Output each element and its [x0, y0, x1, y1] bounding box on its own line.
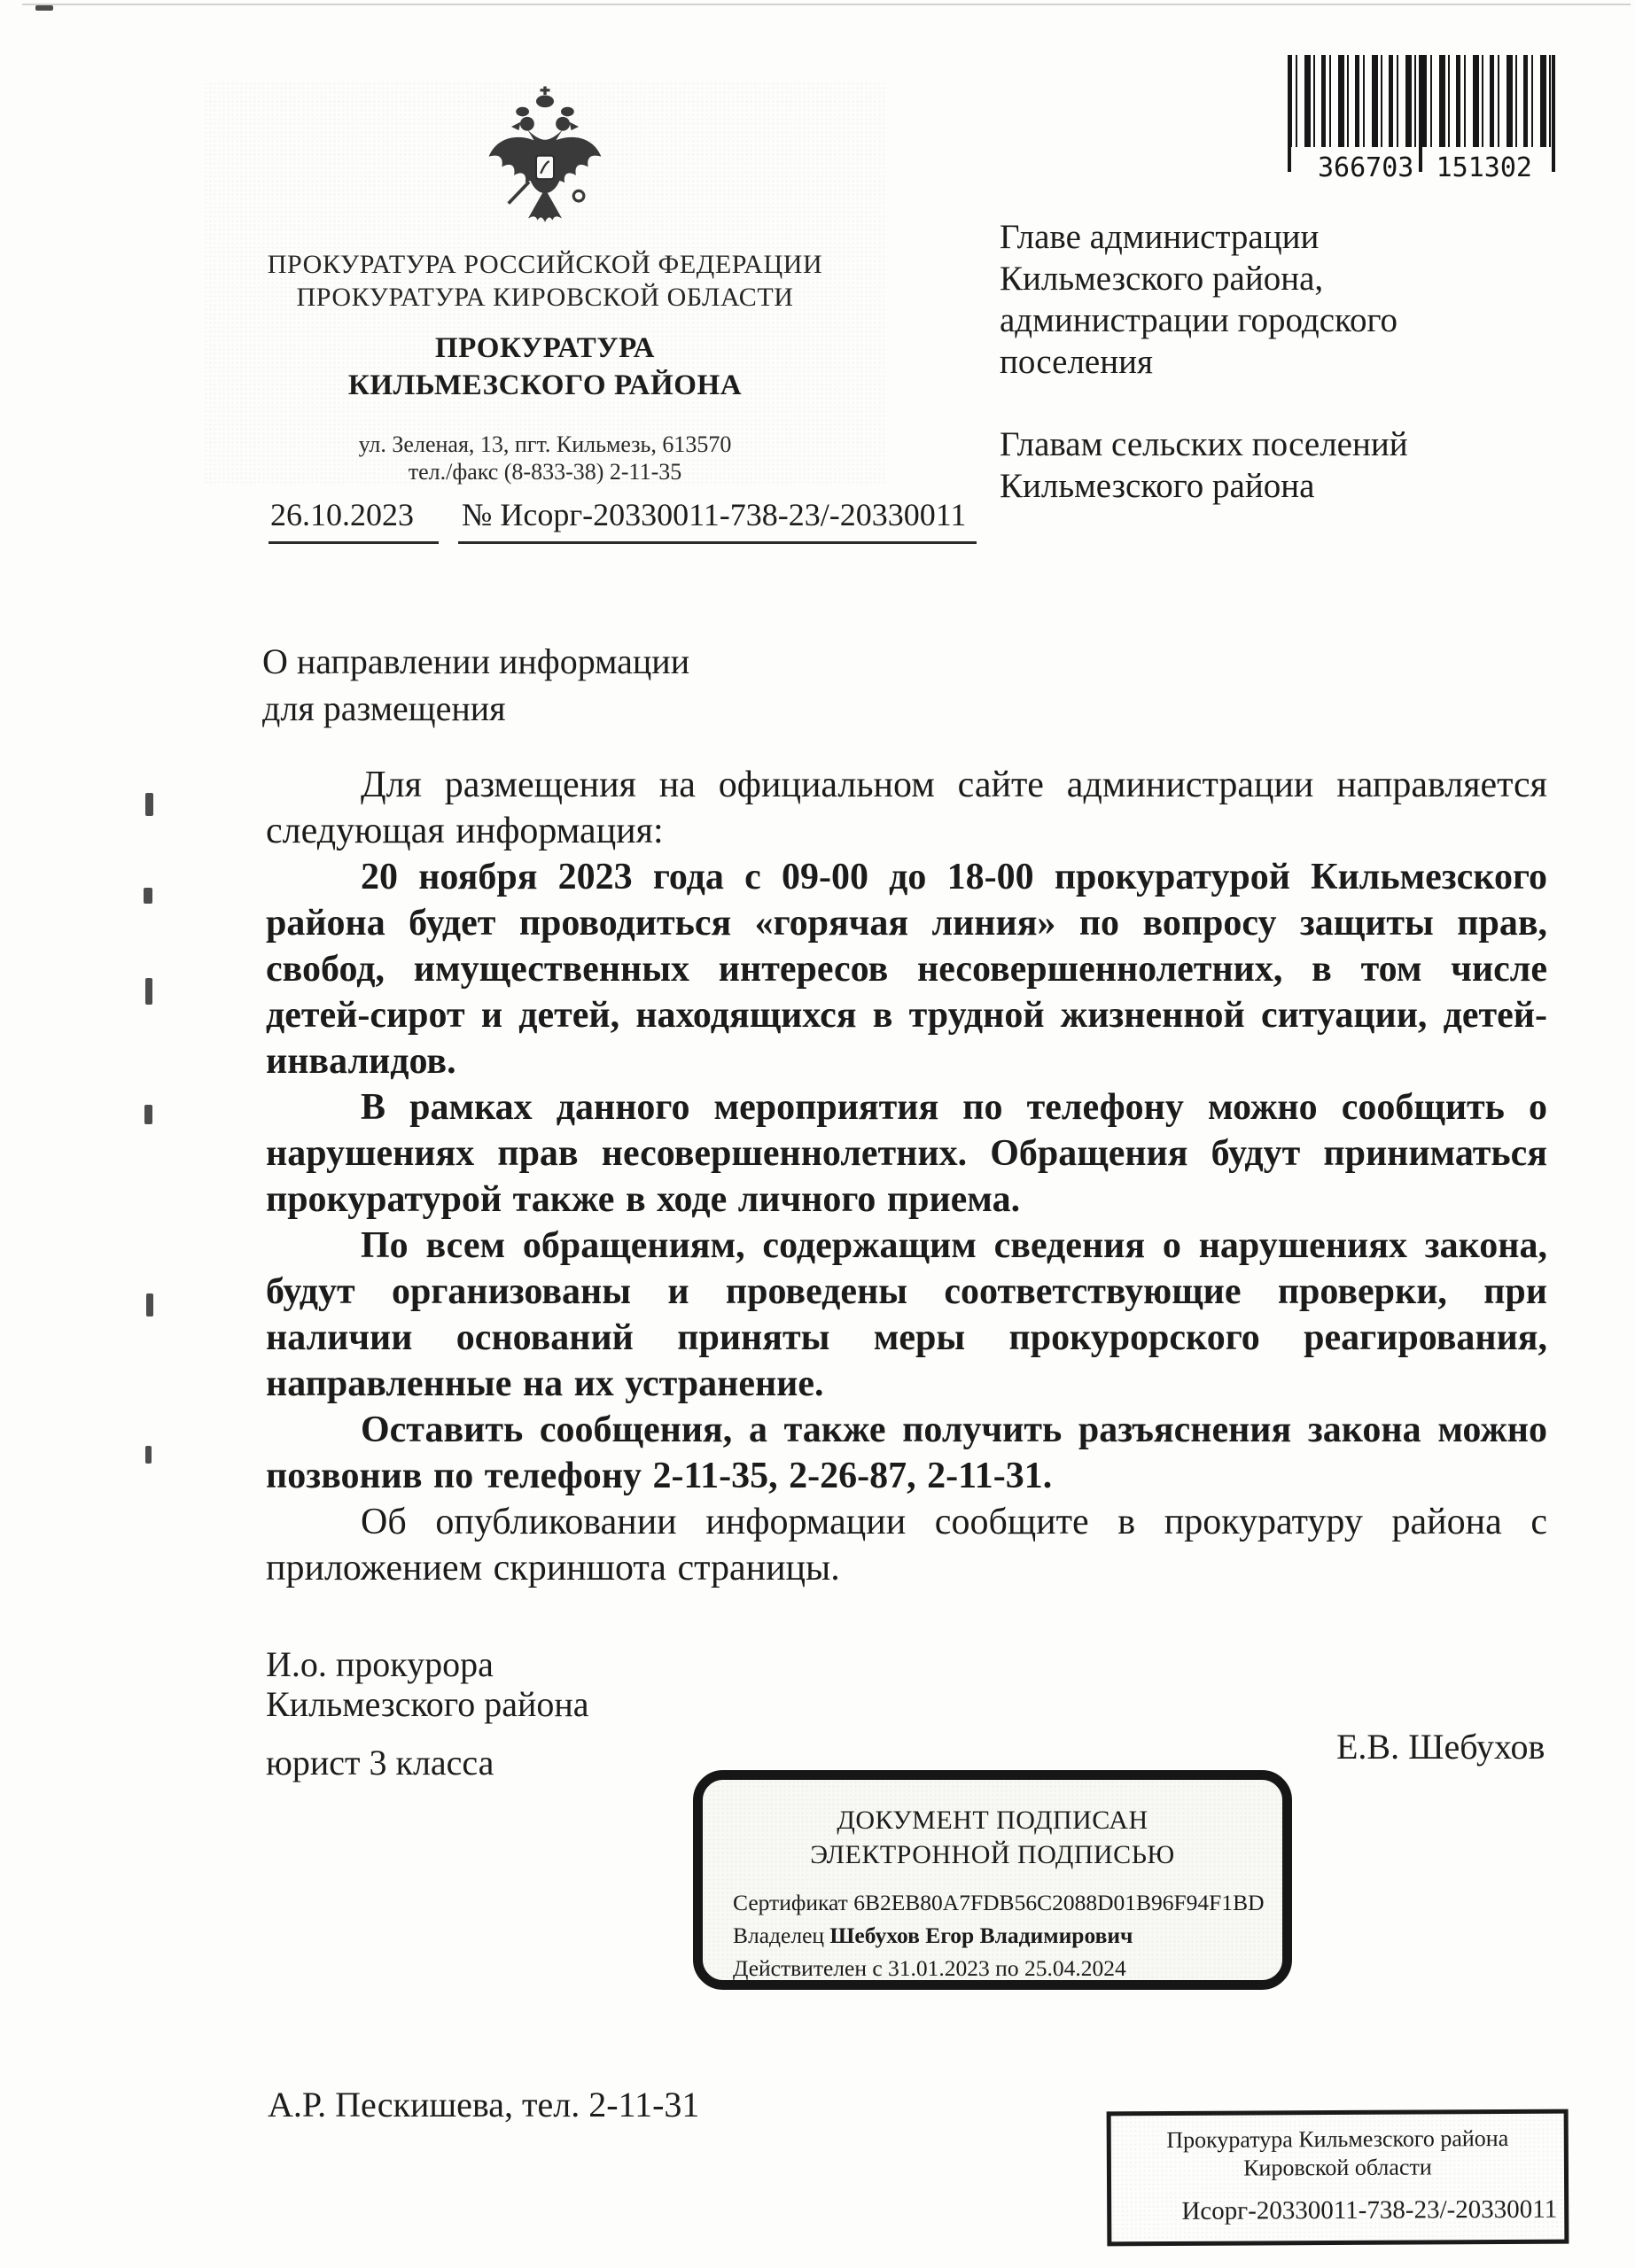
org-region-line: ПРОКУРАТУРА КИРОВСКОЙ ОБЛАСТИ — [204, 281, 886, 314]
body-paragraph: Оставить сообщения, а также получить раз… — [266, 1407, 1547, 1499]
org-name-line1: ПРОКУРАТУРА — [204, 330, 886, 367]
barcode-guard-bar — [1288, 55, 1291, 172]
stamp-certificate-line: Сертификат 6B2EB80A7FDB56C2088D01B96F94F… — [733, 1886, 1282, 1919]
recipient-line: администрации городского — [1000, 299, 1576, 341]
recipient-line: поселения — [1000, 341, 1576, 383]
stamp-title-line1: ДОКУМЕНТ ПОДПИСАН — [703, 1803, 1282, 1837]
org-address: ул. Зеленая, 13, пгт. Кильмезь, 613570 — [204, 431, 886, 458]
body-paragraph: Об опубликовании информации сообщите в п… — [266, 1499, 1547, 1591]
coat-of-arms-russia-icon — [479, 82, 611, 239]
body-paragraph: Для размещения на официальном сайте адми… — [266, 762, 1547, 854]
scan-speck — [144, 1105, 152, 1124]
stamp-owner-line: Владелец Шебухов Егор Владимирович — [733, 1919, 1282, 1952]
stamp-certificate-value: 6B2EB80A7FDB56C2088D01B96F94F1BD — [853, 1890, 1264, 1915]
scan-speck — [35, 5, 53, 11]
stamp-owner-label: Владелец — [733, 1922, 824, 1948]
stamp-validity-between: по — [995, 1955, 1018, 1981]
barcode: 366703 151302 — [1288, 55, 1555, 183]
org-phone: тел./факс (8-833-38) 2-11-35 — [204, 458, 886, 485]
signer-position: И.о. прокурора Кильмезского района — [266, 1644, 589, 1724]
stamp-certificate-label: Сертификат — [733, 1890, 848, 1915]
stamp-validity-to: 25.04.2024 — [1024, 1955, 1126, 1981]
stamp-validity-from: 31.01.2023 — [888, 1955, 990, 1981]
registration-stamp-box: Прокуратура Кильмезского района Кировско… — [1107, 2109, 1569, 2247]
signer-name: Е.В. Шебухов — [1336, 1726, 1545, 1767]
stamp-owner-value: Шебухов Егор Владимирович — [829, 1922, 1133, 1948]
signer-position-line1: И.о. прокурора — [266, 1644, 589, 1684]
recipient-line: Главам сельских поселений — [1000, 423, 1576, 465]
letterhead: ПРОКУРАТУРА РОССИЙСКОЙ ФЕДЕРАЦИИ ПРОКУРА… — [204, 82, 886, 485]
recipient-line: Кильмезского района, — [1000, 258, 1576, 299]
scan-speck — [145, 978, 152, 1005]
subject-block: О направлении информации для размещения — [262, 638, 689, 732]
scan-speck — [145, 1446, 152, 1464]
letter-body: Для размещения на официальном сайте адми… — [266, 762, 1547, 1591]
signer-position-line2: Кильмезского района — [266, 1684, 589, 1724]
barcode-guard-bar — [1552, 55, 1555, 172]
barcode-digits-left: 366703 — [1318, 152, 1413, 183]
subject-line2: для размещения — [262, 685, 689, 732]
reference-date: 26.10.2023 — [269, 496, 439, 544]
recipient-line: Главе администрации — [1000, 216, 1576, 258]
body-paragraph: 20 ноября 2023 года с 09-00 до 18-00 про… — [266, 854, 1547, 1084]
scan-speck — [145, 793, 153, 816]
registration-doc-number: Исорг-20330011-738-23/-20330011 — [1122, 2195, 1557, 2227]
scanned-letter-page: ПРОКУРАТУРА РОССИЙСКОЙ ФЕДЕРАЦИИ ПРОКУРА… — [0, 0, 1635, 2268]
executor-contact: А.Р. Пескишева, тел. 2-11-31 — [268, 2084, 699, 2125]
org-name-line2: КИЛЬМЕЗСКОГО РАЙОНА — [204, 367, 886, 404]
scan-speck — [144, 888, 152, 904]
scan-speck — [146, 1293, 153, 1317]
barcode-digits-right: 151302 — [1436, 152, 1532, 183]
barcode-guard-bar — [1419, 55, 1422, 172]
reference-number: № Исорг-20330011-738-23/-20330011 — [458, 496, 977, 544]
body-paragraph: В рамках данного мероприятия по телефону… — [266, 1084, 1547, 1223]
recipient-line: Кильмезского района — [1000, 465, 1576, 507]
stamp-validity-line: Действителен с 31.01.2023 по 25.04.2024 — [733, 1952, 1282, 1984]
subject-line1: О направлении информации — [262, 638, 689, 685]
registration-org-name: Прокуратура Кильмезского района Кировско… — [1122, 2124, 1553, 2184]
barcode-bars — [1288, 55, 1555, 147]
signer-rank: юрист 3 класса — [266, 1742, 494, 1783]
scan-artifact-line — [22, 4, 1631, 5]
electronic-signature-stamp: ДОКУМЕНТ ПОДПИСАН ЭЛЕКТРОННОЙ ПОДПИСЬЮ С… — [693, 1770, 1292, 1990]
stamp-title-line2: ЭЛЕКТРОННОЙ ПОДПИСЬЮ — [703, 1837, 1282, 1872]
org-federation-line: ПРОКУРАТУРА РОССИЙСКОЙ ФЕДЕРАЦИИ — [204, 248, 886, 281]
reference-line: 26.10.2023№ Исорг-20330011-738-23/-20330… — [269, 496, 977, 544]
recipient-block: Главе администрации Кильмезского района,… — [1000, 216, 1576, 507]
stamp-validity-label: Действителен с — [733, 1955, 883, 1981]
body-paragraph: По всем обращениям, содержащим сведения … — [266, 1223, 1547, 1407]
